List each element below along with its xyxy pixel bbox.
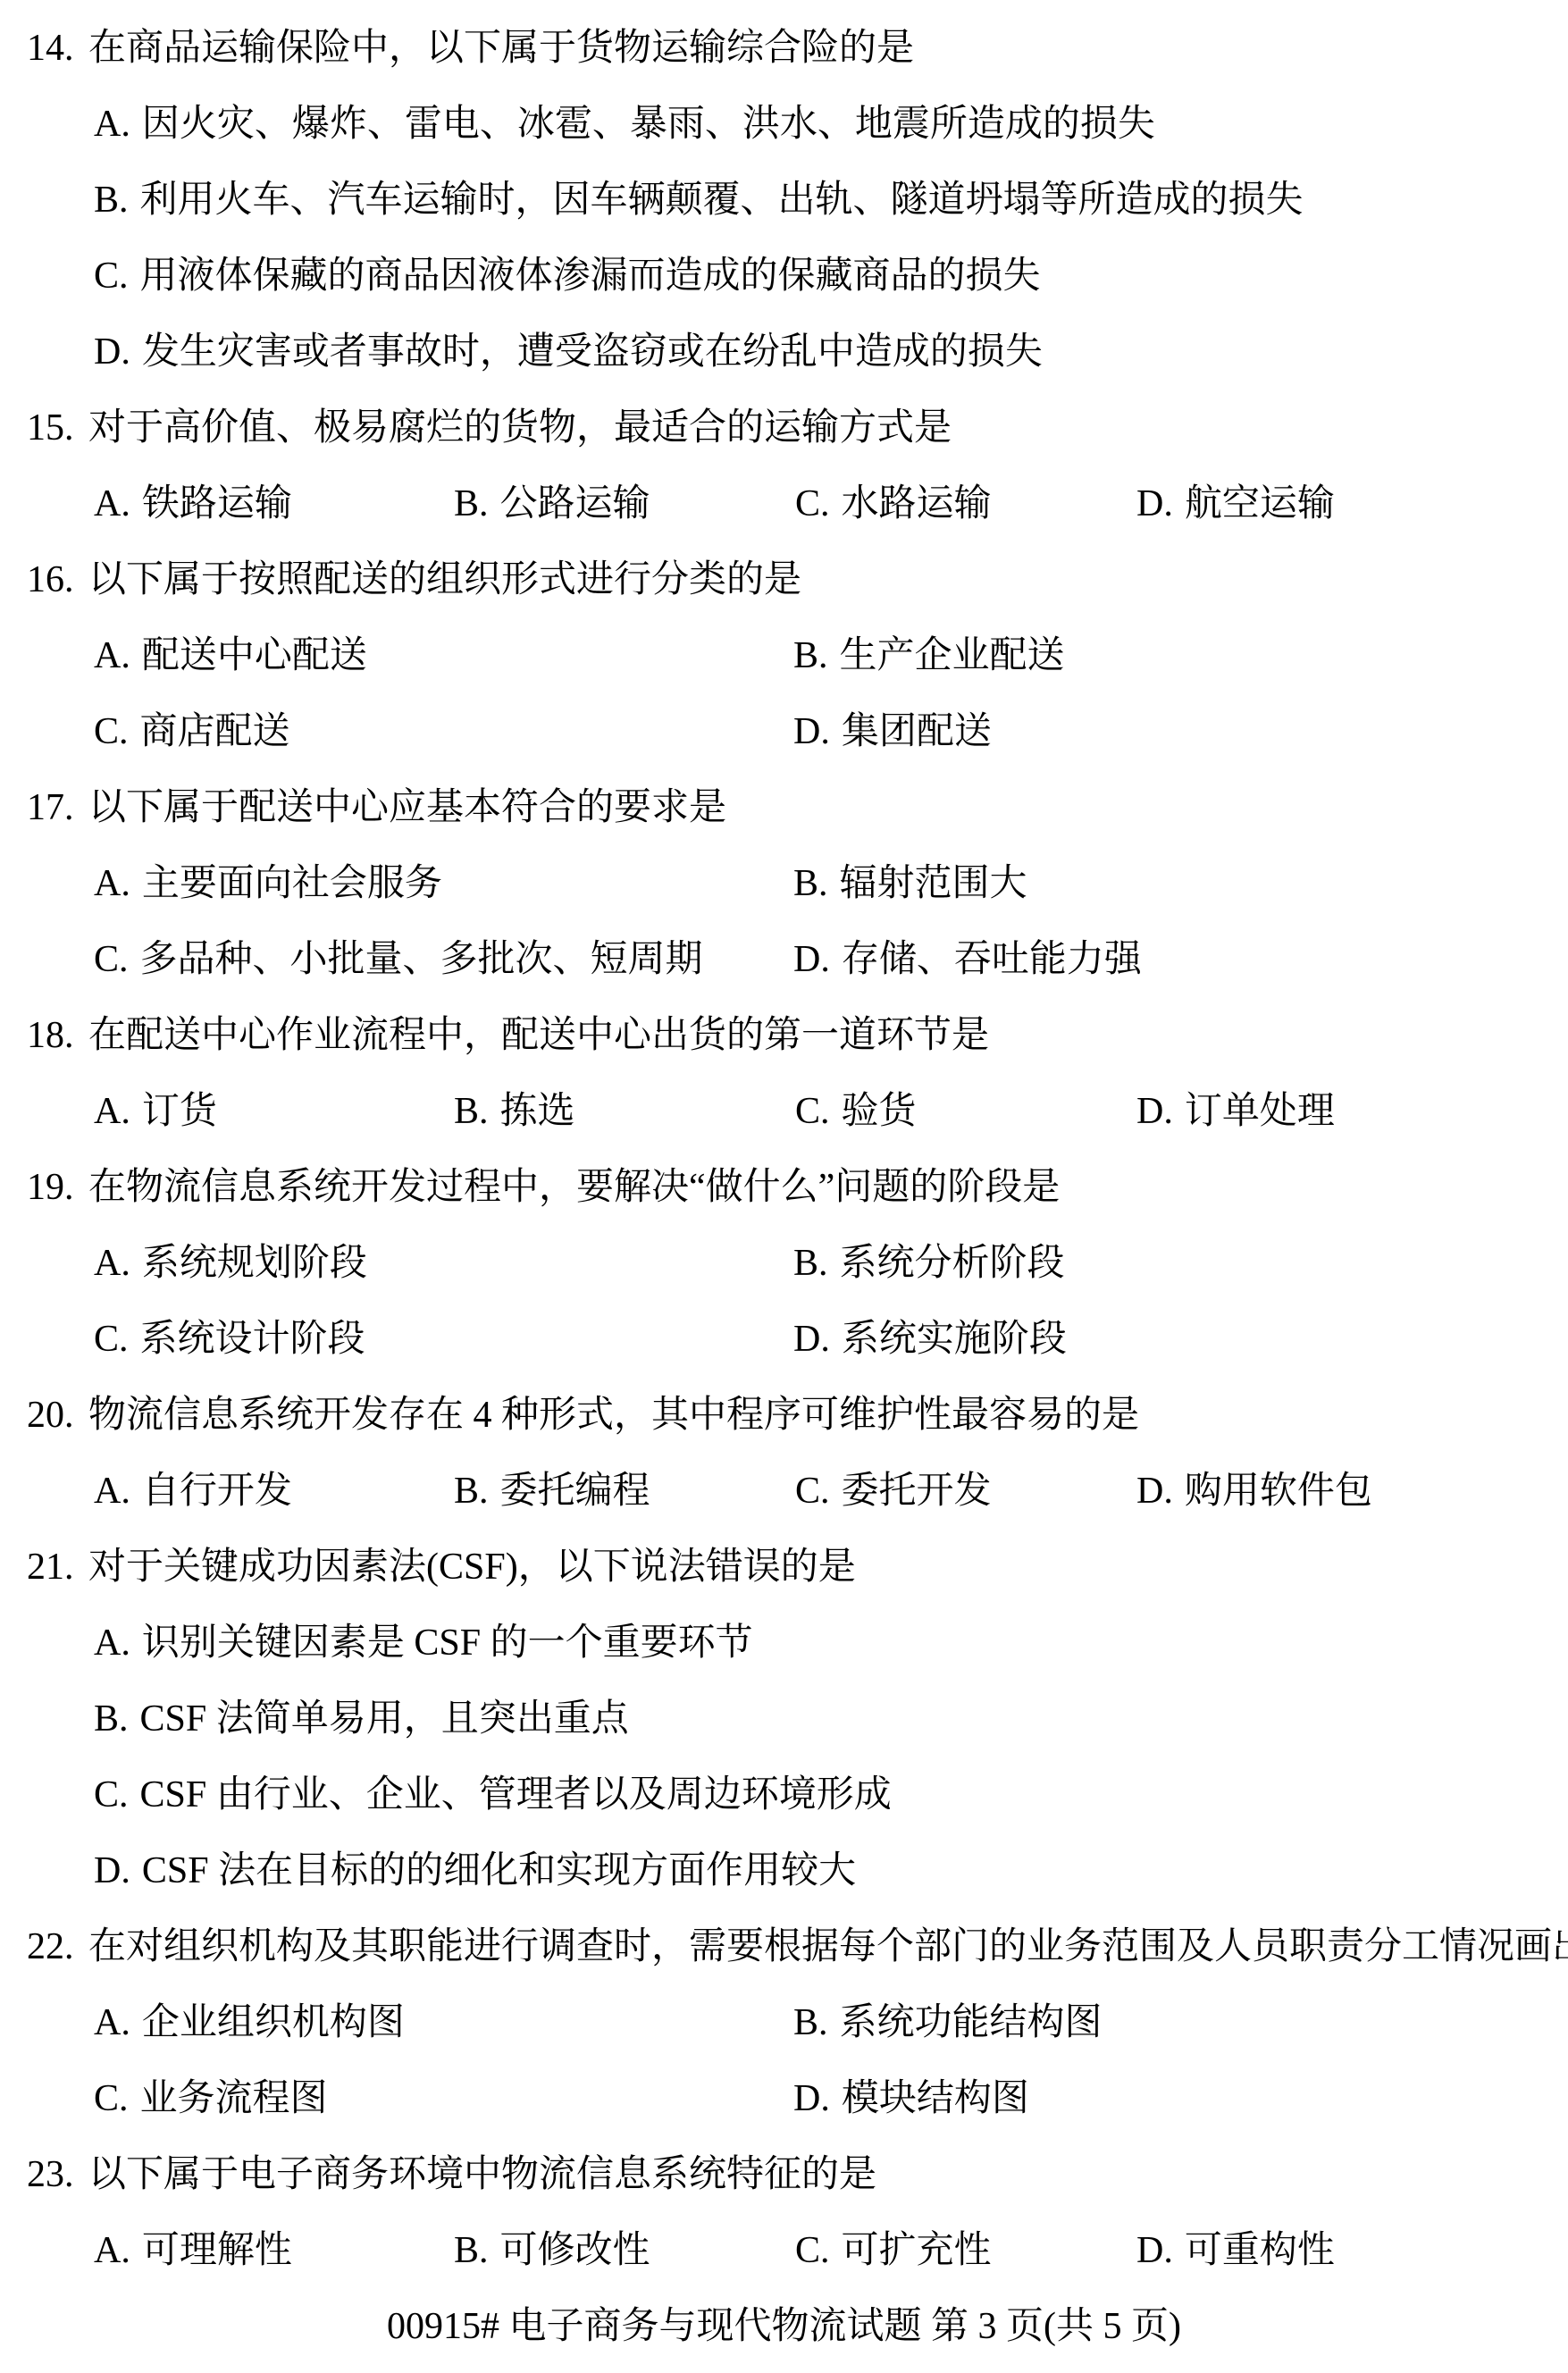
option-text: 配送中心配送	[142, 635, 367, 676]
page-footer: 00915# 电子商务与现代物流试题 第 3 页(共 5 页)	[0, 2289, 1568, 2365]
option-label: D.	[793, 1319, 842, 1360]
question-text: 对于高价值、极易腐烂的货物，最适合的运输方式是	[88, 390, 952, 466]
question-20-stem: 20. 物流信息系统开发存在 4 种形式，其中程序可维护性最容易的是	[0, 1378, 1568, 1454]
option-a: A.自行开发	[94, 1454, 292, 1530]
question-22-stem: 22. 在对组织机构及其职能进行调查时，需要根据每个部门的业务范围及人员职责分工…	[0, 1909, 1568, 1985]
question-number: 15.	[27, 390, 74, 466]
question-21-option-d: D.CSF 法在目标的的细化和实现方面作用较大	[0, 1833, 1568, 1909]
option-text: 可理解性	[142, 2230, 292, 2271]
question-17-options-cd: C.多品种、小批量、多批次、短周期 D.存储、吞吐能力强	[0, 922, 1568, 998]
option-a: A.配送中心配送	[94, 618, 367, 694]
question-number: 20.	[27, 1378, 74, 1454]
question-text: 对于关键成功因素法(CSF)，以下说法错误的是	[88, 1530, 856, 1606]
question-21-option-c: C.CSF 由行业、企业、管理者以及周边环境形成	[0, 1757, 1568, 1833]
question-19-stem: 19. 在物流信息系统开发过程中，要解决“做什么”问题的阶段是	[0, 1150, 1568, 1226]
option-c: C.委托开发	[795, 1454, 992, 1530]
option-text: 航空运输	[1185, 483, 1335, 524]
option-label: B.	[94, 180, 140, 221]
question-21-option-b: B.CSF 法简单易用，且突出重点	[0, 1681, 1568, 1757]
option-b: B.可修改性	[454, 2213, 650, 2289]
option-label: A.	[94, 483, 142, 524]
option-text: 因火灾、爆炸、雷电、冰雹、暴雨、洪水、地震所造成的损失	[142, 104, 1155, 145]
option-label: D.	[793, 711, 842, 752]
option-label: B.	[793, 1243, 840, 1284]
option-label: A.	[94, 863, 142, 904]
option-d: D.购用软件包	[1136, 1454, 1372, 1530]
option-text: 拣选	[500, 1091, 575, 1132]
option: C.用液体保藏的商品因液体渗漏而造成的保藏商品的损失	[94, 239, 1041, 314]
question-22-options-ab: A.企业组织机构图 B.系统功能结构图	[0, 1985, 1568, 2061]
option-label: C.	[795, 2230, 842, 2271]
option-b: B.拣选	[454, 1074, 575, 1150]
question-14-option-b: B.利用火车、汽车运输时，因车辆颠覆、出轨、隧道坍塌等所造成的损失	[0, 163, 1568, 239]
option-label: B.	[94, 1698, 140, 1740]
option-label: A.	[94, 2230, 142, 2271]
option-text: 购用软件包	[1185, 1471, 1372, 1512]
option-label: D.	[1136, 1471, 1185, 1512]
option-a: A.可理解性	[94, 2213, 292, 2289]
option-label: B.	[793, 635, 840, 676]
option-b: B.委托编程	[454, 1454, 650, 1530]
option-label: C.	[94, 939, 140, 980]
option-b: B.生产企业配送	[793, 618, 1065, 694]
option-text: 存储、吞吐能力强	[842, 939, 1142, 980]
option-c: C.商店配送	[94, 694, 290, 770]
question-23-stem: 23. 以下属于电子商务环境中物流信息系统特征的是	[0, 2137, 1568, 2213]
option-text: 多品种、小批量、多批次、短周期	[140, 939, 703, 980]
question-text: 以下属于按照配送的组织形式进行分类的是	[88, 542, 801, 618]
option-label: A.	[94, 1471, 142, 1512]
option-text: CSF 由行业、企业、管理者以及周边环境形成	[140, 1774, 892, 1815]
question-text: 在商品运输保险中，以下属于货物运输综合险的是	[88, 11, 914, 87]
question-number: 21.	[27, 1530, 74, 1606]
question-21-stem: 21. 对于关键成功因素法(CSF)，以下说法错误的是	[0, 1530, 1568, 1606]
question-text: 在物流信息系统开发过程中，要解决“做什么”问题的阶段是	[88, 1150, 1060, 1226]
option-label: D.	[1136, 1091, 1185, 1132]
option-text: 利用火车、汽车运输时，因车辆颠覆、出轨、隧道坍塌等所造成的损失	[140, 180, 1304, 221]
question-number: 16.	[27, 542, 74, 618]
option-label: C.	[94, 1319, 140, 1360]
option-d: D.订单处理	[1136, 1074, 1335, 1150]
option-c: C.系统设计阶段	[94, 1302, 365, 1378]
question-text: 以下属于配送中心应基本符合的要求是	[88, 770, 726, 846]
option-text: 集团配送	[842, 711, 992, 752]
option-d: D.模块结构图	[793, 2061, 1029, 2137]
option-label: A.	[94, 1243, 142, 1284]
option: D.CSF 法在目标的的细化和实现方面作用较大	[94, 1833, 856, 1909]
question-20-options: A.自行开发 B.委托编程 C.委托开发 D.购用软件包	[0, 1454, 1568, 1530]
option-text: 可重构性	[1185, 2230, 1335, 2271]
question-19-options-cd: C.系统设计阶段 D.系统实施阶段	[0, 1302, 1568, 1378]
question-text: 以下属于电子商务环境中物流信息系统特征的是	[88, 2137, 876, 2213]
question-number: 17.	[27, 770, 74, 846]
option-label: A.	[94, 1623, 142, 1664]
option: B.CSF 法简单易用，且突出重点	[94, 1681, 629, 1757]
option-text: 系统设计阶段	[140, 1319, 365, 1360]
option-text: 系统实施阶段	[842, 1319, 1067, 1360]
option-d: D.可重构性	[1136, 2213, 1335, 2289]
question-16-options-cd: C.商店配送 D.集团配送	[0, 694, 1568, 770]
option: C.CSF 由行业、企业、管理者以及周边环境形成	[94, 1757, 892, 1833]
question-17-stem: 17. 以下属于配送中心应基本符合的要求是	[0, 770, 1568, 846]
option-text: 模块结构图	[842, 2078, 1029, 2119]
option-text: 水路运输	[842, 483, 992, 524]
option-text: 自行开发	[142, 1471, 292, 1512]
option-text: 委托开发	[842, 1471, 992, 1512]
question-15-options: A.铁路运输 B.公路运输 C.水路运输 D.航空运输	[0, 466, 1568, 542]
option-text: 用液体保藏的商品因液体渗漏而造成的保藏商品的损失	[140, 256, 1041, 297]
option-text: 企业组织机构图	[142, 2002, 405, 2043]
option-text: 公路运输	[500, 483, 650, 524]
question-18-options: A.订货 B.拣选 C.验货 D.订单处理	[0, 1074, 1568, 1150]
option-text: 可修改性	[500, 2230, 650, 2271]
question-22-options-cd: C.业务流程图 D.模块结构图	[0, 2061, 1568, 2137]
option-text: 发生灾害或者事故时，遭受盗窃或在纷乱中造成的损失	[142, 331, 1043, 373]
question-text: 物流信息系统开发存在 4 种形式，其中程序可维护性最容易的是	[88, 1378, 1139, 1454]
option-d: D.系统实施阶段	[793, 1302, 1067, 1378]
option-c: C.多品种、小批量、多批次、短周期	[94, 922, 703, 998]
option-text: 验货	[842, 1091, 917, 1132]
option-c: C.验货	[795, 1074, 917, 1150]
option-d: D.航空运输	[1136, 466, 1335, 542]
question-text: 在对组织机构及其职能进行调查时，需要根据每个部门的业务范围及人员职责分工情况画出	[88, 1909, 1568, 1985]
question-number: 19.	[27, 1150, 74, 1226]
option-b: B.系统分析阶段	[793, 1226, 1065, 1302]
question-15-stem: 15. 对于高价值、极易腐烂的货物，最适合的运输方式是	[0, 390, 1568, 466]
option-text: 委托编程	[500, 1471, 650, 1512]
option-a: A.铁路运输	[94, 466, 292, 542]
option-label: A.	[94, 104, 142, 145]
option-text: 识别关键因素是 CSF 的一个重要环节	[142, 1623, 753, 1664]
question-14-stem: 14. 在商品运输保险中，以下属于货物运输综合险的是	[0, 11, 1568, 87]
option-label: A.	[94, 2002, 142, 2043]
question-text: 在配送中心作业流程中，配送中心出货的第一道环节是	[88, 998, 989, 1074]
option-text: 主要面向社会服务	[142, 863, 442, 904]
question-21-option-a: A.识别关键因素是 CSF 的一个重要环节	[0, 1606, 1568, 1681]
option-text: 商店配送	[140, 711, 290, 752]
option-text: 订单处理	[1185, 1091, 1335, 1132]
option-label: C.	[94, 1774, 140, 1815]
question-number: 22.	[27, 1909, 74, 1985]
option-text: 系统规划阶段	[142, 1243, 367, 1284]
option-label: C.	[795, 1091, 842, 1132]
question-23-options: A.可理解性 B.可修改性 C.可扩充性 D.可重构性	[0, 2213, 1568, 2289]
option-label: C.	[94, 256, 140, 297]
option: B.利用火车、汽车运输时，因车辆颠覆、出轨、隧道坍塌等所造成的损失	[94, 163, 1304, 239]
option-label: D.	[1136, 483, 1185, 524]
question-14-option-a: A.因火灾、爆炸、雷电、冰雹、暴雨、洪水、地震所造成的损失	[0, 87, 1568, 163]
option-b: B.系统功能结构图	[793, 1985, 1103, 2061]
question-16-stem: 16. 以下属于按照配送的组织形式进行分类的是	[0, 542, 1568, 618]
option-label: B.	[454, 483, 500, 524]
question-19-options-ab: A.系统规划阶段 B.系统分析阶段	[0, 1226, 1568, 1302]
option-text: 铁路运输	[142, 483, 292, 524]
exam-page: 14. 在商品运输保险中，以下属于货物运输综合险的是 A.因火灾、爆炸、雷电、冰…	[0, 0, 1568, 2373]
option-text: 可扩充性	[842, 2230, 992, 2271]
option-label: B.	[454, 1091, 500, 1132]
option-c: C.可扩充性	[795, 2213, 992, 2289]
option-text: CSF 法在目标的的细化和实现方面作用较大	[142, 1850, 856, 1891]
option-label: B.	[454, 1471, 500, 1512]
option-text: 系统功能结构图	[840, 2002, 1103, 2043]
option-label: A.	[94, 1091, 142, 1132]
option-c: C.业务流程图	[94, 2061, 328, 2137]
question-16-options-ab: A.配送中心配送 B.生产企业配送	[0, 618, 1568, 694]
option-label: C.	[795, 483, 842, 524]
question-17-options-ab: A.主要面向社会服务 B.辐射范围大	[0, 846, 1568, 922]
option-label: D.	[793, 939, 842, 980]
option-text: 生产企业配送	[840, 635, 1065, 676]
option-text: 系统分析阶段	[840, 1243, 1065, 1284]
question-18-stem: 18. 在配送中心作业流程中，配送中心出货的第一道环节是	[0, 998, 1568, 1074]
footer-text: 00915# 电子商务与现代物流试题 第 3 页(共 5 页)	[387, 2306, 1181, 2347]
option-a: A.系统规划阶段	[94, 1226, 367, 1302]
option: D.发生灾害或者事故时，遭受盗窃或在纷乱中造成的损失	[94, 314, 1043, 390]
question-number: 18.	[27, 998, 74, 1074]
option-label: C.	[94, 711, 140, 752]
option-label: A.	[94, 635, 142, 676]
option-b: B.辐射范围大	[793, 846, 1027, 922]
option-label: C.	[795, 1471, 842, 1512]
option-c: C.水路运输	[795, 466, 992, 542]
option: A.识别关键因素是 CSF 的一个重要环节	[94, 1606, 753, 1681]
question-number: 14.	[27, 11, 74, 87]
question-14-option-d: D.发生灾害或者事故时，遭受盗窃或在纷乱中造成的损失	[0, 314, 1568, 390]
option-d: D.集团配送	[793, 694, 992, 770]
option-a: A.企业组织机构图	[94, 1985, 405, 2061]
option-a: A.主要面向社会服务	[94, 846, 442, 922]
option-a: A.订货	[94, 1074, 217, 1150]
option-label: D.	[94, 1850, 142, 1891]
option-label: D.	[1136, 2230, 1185, 2271]
option-b: B.公路运输	[454, 466, 650, 542]
option-text: 辐射范围大	[840, 863, 1027, 904]
option-label: C.	[94, 2078, 140, 2119]
option-text: 订货	[142, 1091, 217, 1132]
option: A.因火灾、爆炸、雷电、冰雹、暴雨、洪水、地震所造成的损失	[94, 87, 1155, 163]
option-label: B.	[793, 863, 840, 904]
question-14-option-c: C.用液体保藏的商品因液体渗漏而造成的保藏商品的损失	[0, 239, 1568, 314]
option-d: D.存储、吞吐能力强	[793, 922, 1142, 998]
option-text: CSF 法简单易用，且突出重点	[140, 1698, 629, 1740]
option-label: B.	[454, 2230, 500, 2271]
option-label: B.	[793, 2002, 840, 2043]
option-text: 业务流程图	[140, 2078, 328, 2119]
option-label: D.	[793, 2078, 842, 2119]
option-label: D.	[94, 331, 142, 373]
question-number: 23.	[27, 2137, 74, 2213]
